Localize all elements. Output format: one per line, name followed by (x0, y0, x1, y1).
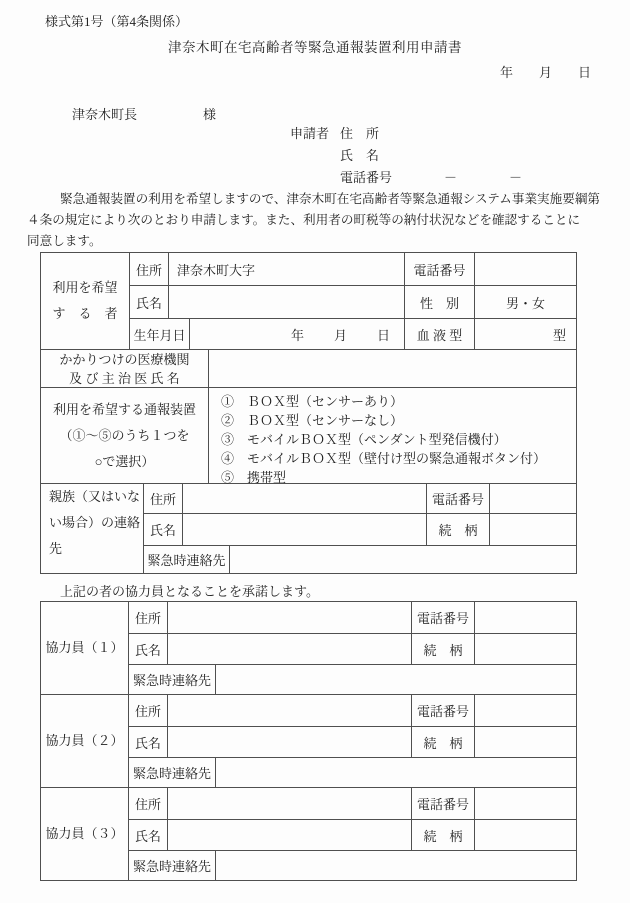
doctor-label: かかりつけの医療機関 及 び 主 治 医 氏 名 (41, 350, 208, 387)
supporter-2-emergency-row: 緊急時連絡先 (129, 757, 576, 787)
applicant-label: 申請者 (290, 123, 329, 189)
user-address-value: 津奈木町大字 (168, 253, 404, 285)
relative-relation-label: 続 柄 (426, 514, 489, 545)
supporter-1-section: 協力員（１） 住所 電話番号 氏名 続 柄 緊急時連絡先 (41, 602, 576, 694)
user-section: 利用を希望 す る 者 住所 津奈木町大字 電話番号 氏名 性 別 男・女 生年… (41, 253, 576, 349)
relative-relation-value (489, 514, 576, 545)
applicant-name-label: 氏 名 (340, 145, 522, 167)
supporter-3-emergency-value (215, 851, 576, 880)
supporter-3-label: 協力員（３） (41, 788, 128, 880)
supporter-3-name-label: 氏名 (129, 820, 167, 850)
doctor-value (208, 350, 576, 387)
supporter-2-emergency-value (215, 758, 576, 787)
supporter-1-phone-value (474, 602, 576, 633)
relative-group-label: 親族（又はいない場合）の連絡先 (41, 484, 143, 573)
relative-section: 親族（又はいない場合）の連絡先 住所 電話番号 氏名 続 柄 緊急時連絡先 (41, 483, 576, 573)
supporter-1-emergency-label: 緊急時連絡先 (129, 665, 215, 694)
supporter-1-relation-label: 続 柄 (411, 634, 474, 664)
supporter-3-relation-label: 続 柄 (411, 820, 474, 850)
relative-name-value (182, 514, 426, 545)
user-phone-label: 電話番号 (404, 253, 474, 285)
relative-name-row: 氏名 続 柄 (144, 513, 576, 545)
user-address-label: 住所 (130, 253, 168, 285)
user-birth-label: 生年月日 (130, 319, 189, 349)
supporter-2-phone-label: 電話番号 (411, 695, 474, 726)
supporter-3-address-row: 住所 電話番号 (129, 788, 576, 819)
supporters-table: 協力員（１） 住所 電話番号 氏名 続 柄 緊急時連絡先 (40, 601, 577, 881)
body-line-1: 緊急通報装置の利用を希望しますので、津奈木町在宅高齢者等緊急通報システム事業実施… (27, 189, 630, 210)
supporter-2-name-row: 氏名 続 柄 (129, 726, 576, 757)
application-form-document: 様式第1号（第4条関係） 津奈木町在宅高齢者等緊急通報装置利用申請書 年 月 日… (0, 0, 630, 903)
supporter-2-name-value (167, 727, 411, 757)
supporter-2-address-label: 住所 (129, 695, 167, 726)
device-option-1: ① ＢＯＸ型（センサーあり） (221, 391, 576, 410)
supporter-2-emergency-label: 緊急時連絡先 (129, 758, 215, 787)
addressee-honorific: 様 (203, 107, 216, 122)
user-blood-value: 型 (474, 319, 576, 349)
supporter-2-label: 協力員（２） (41, 695, 128, 787)
supporter-3-phone-label: 電話番号 (411, 788, 474, 819)
supporter-1-phone-label: 電話番号 (411, 602, 474, 633)
user-name-row: 氏名 性 別 男・女 (130, 285, 576, 318)
relative-phone-value (489, 484, 576, 513)
supporter-3-section: 協力員（３） 住所 電話番号 氏名 続 柄 緊急時連絡先 (41, 787, 576, 880)
device-option-4: ④ モバイルＢＯＸ型（壁付け型の緊急通報ボタン付） (221, 448, 576, 467)
user-phone-value (474, 253, 576, 285)
supporter-2-phone-value (474, 695, 576, 726)
relative-address-row: 住所 電話番号 (144, 484, 576, 513)
relative-address-label: 住所 (144, 484, 182, 513)
supporter-3-emergency-label: 緊急時連絡先 (129, 851, 215, 880)
user-sex-value: 男・女 (474, 286, 576, 318)
supporter-1-name-label: 氏名 (129, 634, 167, 664)
relative-emergency-label: 緊急時連絡先 (144, 546, 229, 573)
device-option-3: ③ モバイルＢＯＸ型（ペンダント型発信機付） (221, 429, 576, 448)
supporter-3-phone-value (474, 788, 576, 819)
relative-emergency-value (229, 546, 576, 573)
supporter-2-name-label: 氏名 (129, 727, 167, 757)
supporter-3-relation-value (474, 820, 576, 850)
supporter-1-emergency-row: 緊急時連絡先 (129, 664, 576, 694)
supporter-1-address-row: 住所 電話番号 (129, 602, 576, 633)
relative-emergency-row: 緊急時連絡先 (144, 545, 576, 573)
supporter-1-name-value (167, 634, 411, 664)
supporter-1-address-label: 住所 (129, 602, 167, 633)
user-sex-label: 性 別 (404, 286, 474, 318)
supporter-2-relation-value (474, 727, 576, 757)
supporter-3-address-label: 住所 (129, 788, 167, 819)
supporter-1-emergency-value (215, 665, 576, 694)
supporter-1-name-row: 氏名 続 柄 (129, 633, 576, 664)
relative-phone-label: 電話番号 (426, 484, 489, 513)
user-birth-value: 年 月 日 (189, 319, 404, 349)
device-section: 利用を希望する通報装置 （①～⑤のうち１つを ○で選択） ① ＢＯＸ型（センサー… (41, 387, 576, 483)
addressee-name: 津奈木町長 (72, 107, 137, 122)
applicant-address-label: 住 所 (340, 123, 522, 145)
consent-statement: 上記の者の協力員となることを承諾します。 (60, 581, 630, 599)
applicant-phone-line: 電話番号 － － (340, 167, 522, 189)
body-line-2: ４条の規定により次のとおり申請します。また、利用者の町税等の納付状況などを確認す… (27, 210, 630, 231)
device-options: ① ＢＯＸ型（センサーあり） ② ＢＯＸ型（センサーなし） ③ モバイルＢＯＸ型… (208, 388, 576, 483)
supporter-2-section: 協力員（２） 住所 電話番号 氏名 続 柄 緊急時連絡先 (41, 694, 576, 787)
supporter-1-relation-value (474, 634, 576, 664)
form-number: 様式第1号（第4条関係） (45, 0, 630, 29)
supporter-3-emergency-row: 緊急時連絡先 (129, 850, 576, 880)
document-title: 津奈木町在宅高齢者等緊急通報装置利用申請書 (0, 36, 630, 55)
device-label: 利用を希望する通報装置 （①～⑤のうち１つを ○で選択） (41, 388, 208, 483)
doctor-section: かかりつけの医療機関 及 び 主 治 医 氏 名 (41, 349, 576, 387)
supporter-1-label: 協力員（１） (41, 602, 128, 694)
relative-name-label: 氏名 (144, 514, 182, 545)
user-birth-row: 生年月日 年 月 日 血 液 型 型 (130, 318, 576, 349)
supporter-2-address-row: 住所 電話番号 (129, 695, 576, 726)
applicant-block: 申請者 住 所 氏 名 電話番号 － － (290, 123, 630, 189)
supporter-1-address-value (167, 602, 411, 633)
device-option-2: ② ＢＯＸ型（センサーなし） (221, 410, 576, 429)
main-application-table: 利用を希望 す る 者 住所 津奈木町大字 電話番号 氏名 性 別 男・女 生年… (40, 252, 577, 574)
user-name-label: 氏名 (130, 286, 168, 318)
supporter-3-name-row: 氏名 続 柄 (129, 819, 576, 850)
supporter-3-name-value (167, 820, 411, 850)
addressee-line: 津奈木町長様 (72, 104, 630, 122)
supporter-3-address-value (167, 788, 411, 819)
user-name-value (168, 286, 404, 318)
user-address-row: 住所 津奈木町大字 電話番号 (130, 253, 576, 285)
relative-address-value (182, 484, 426, 513)
date-line: 年 月 日 (0, 62, 630, 80)
supporter-2-relation-label: 続 柄 (411, 727, 474, 757)
body-paragraph: 緊急通報装置の利用を希望しますので、津奈木町在宅高齢者等緊急通報システム事業実施… (27, 189, 630, 252)
body-line-3: 同意します。 (27, 231, 630, 252)
user-blood-label: 血 液 型 (404, 319, 474, 349)
user-group-label: 利用を希望 す る 者 (41, 253, 129, 349)
supporter-2-address-value (167, 695, 411, 726)
